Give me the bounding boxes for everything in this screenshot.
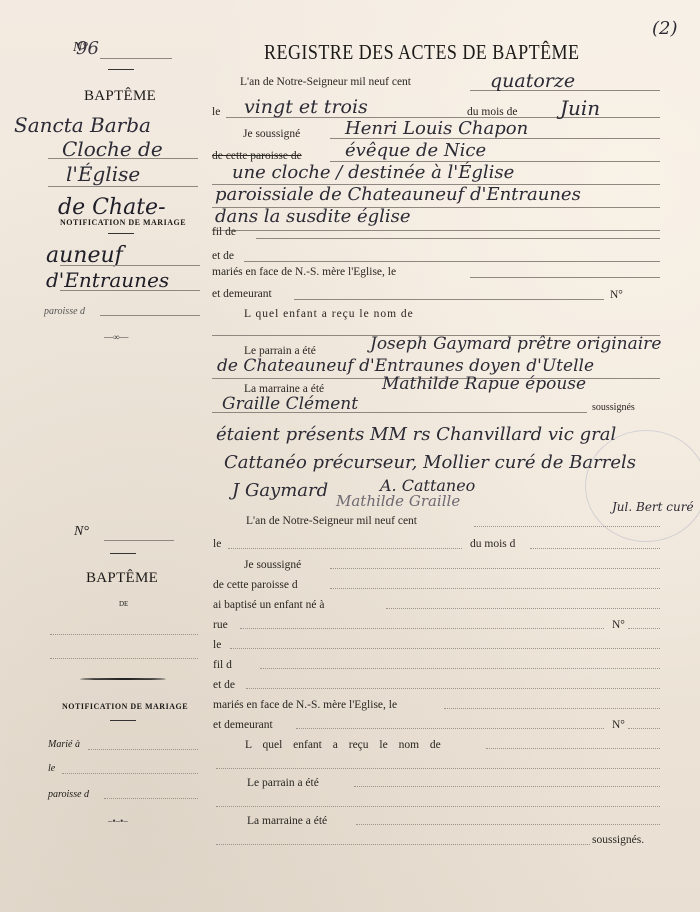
entry1-le-line: [60, 290, 200, 291]
entry1-demeurant-line: [294, 299, 604, 300]
page-title: REGISTRE DES ACTES DE BAPTÊME: [264, 40, 579, 65]
entry2-nom-field[interactable]: [486, 748, 660, 749]
entry2-paroisse-label: de cette paroisse d: [213, 579, 298, 591]
entry1-year-label: L'an de Notre-Seigneur mil neuf cent: [240, 76, 411, 88]
entry1-name-line-6: d'Entraunes: [46, 268, 169, 292]
entry2-le-label: le: [213, 538, 221, 550]
entry2-de-label: DE: [119, 600, 128, 608]
entry2-month-label: du mois d: [470, 538, 515, 550]
entry2-marraine-label: La marraine a été: [247, 815, 327, 827]
entry1-signature-graille: Mathilde Graille: [336, 492, 460, 510]
entry1-paroisse-label: paroisse d: [44, 306, 85, 317]
entry2-flourish: [80, 678, 166, 680]
entry2-marraine-field[interactable]: [356, 824, 660, 825]
entry1-notif-rule: [108, 233, 134, 234]
entry1-ornament: —∞—: [104, 332, 128, 342]
entry2-soussigne-field[interactable]: [330, 568, 660, 569]
entry2-marie-label: Marié à: [48, 739, 80, 750]
entry2-baptise-label: ai baptisé un enfant né à: [213, 599, 324, 611]
entry2-paroisse-field[interactable]: [104, 798, 198, 799]
entry2-ornament: –•–•–: [108, 816, 128, 826]
entry2-parrain-field-2[interactable]: [216, 806, 660, 807]
entry2-no-field[interactable]: [628, 628, 660, 629]
entry1-name-rule-1: [48, 158, 198, 159]
entry1-signature-cure: Jul. Bert curé: [612, 500, 694, 514]
entry1-fil-label: fil de: [212, 226, 236, 238]
entry1-day-value: vingt et trois: [244, 96, 368, 118]
entry1-number-line: [100, 58, 172, 59]
entry1-signature-gaymard: J Gaymard: [232, 480, 328, 501]
entry2-fil-field[interactable]: [260, 668, 660, 669]
entry1-month-label: du mois de: [467, 106, 517, 118]
entry2-bapteme-heading: BAPTÊME: [86, 570, 158, 587]
entry1-demeurant-label: et demeurant: [212, 288, 272, 300]
entry2-nom-field-2[interactable]: [216, 768, 660, 769]
entry2-parrain-label: Le parrain a été: [247, 777, 319, 789]
register-page: REGISTRE DES ACTES DE BAPTÊME (2) N° 96 …: [0, 0, 700, 912]
entry2-rule: [110, 553, 136, 554]
entry1-soussignes-label: soussignés: [592, 402, 635, 413]
entry1-notification-heading: NOTIFICATION DE MARIAGE: [60, 218, 186, 227]
entry1-soussigne-label: Je soussigné: [243, 128, 300, 140]
entry1-rule: [108, 69, 134, 70]
entry1-witness-line-1: étaient présents MM rs Chanvillard vic g…: [216, 424, 616, 445]
entry1-name-line-1: Sancta Barba: [14, 113, 151, 137]
entry2-soussignes-label: soussignés.: [592, 834, 644, 846]
entry1-paroisse-label: de cette paroisse de: [212, 150, 302, 162]
entry2-number-line: [104, 540, 174, 541]
entry1-bell-dest-value: paroissiale de Chateauneuf d'Entraunes: [215, 184, 581, 205]
entry1-paroisse-line: [100, 315, 200, 316]
entry2-soussigne-label: Je soussigné: [244, 559, 301, 571]
entry2-ne-a-field[interactable]: [386, 608, 660, 609]
entry1-officiant-value: Henri Louis Chapon: [345, 118, 528, 139]
entry2-name-line-2[interactable]: [50, 658, 198, 659]
entry1-etde-label: et de: [212, 250, 234, 262]
entry1-location-value: dans la susdite église: [215, 206, 411, 227]
entry1-etde-line: [244, 261, 660, 262]
entry1-number-value: 96: [76, 38, 99, 59]
entry1-baptise-value: une cloche / destinée à l'Église: [232, 162, 514, 183]
page-number: (2): [652, 18, 678, 39]
entry2-parrain-field[interactable]: [354, 786, 660, 787]
entry1-name-line-3: l'Église: [66, 162, 140, 186]
entry1-month-value: Juin: [560, 96, 600, 120]
entry2-maries-label: mariés en face de N.-S. mère l'Eglise, l…: [213, 699, 397, 711]
entry1-year-value: quatorze: [490, 70, 575, 92]
entry1-lequel-label: L quel enfant a reçu le nom de: [244, 308, 414, 320]
entry1-name-rule-2: [48, 186, 198, 187]
entry2-no-label: N°: [612, 619, 625, 631]
entry2-year-label: L'an de Notre-Seigneur mil neuf cent: [246, 515, 417, 527]
entry1-maries-line: [470, 277, 660, 278]
entry2-day-field[interactable]: [228, 548, 462, 549]
entry1-marraine-value: Mathilde Rapue épouse: [382, 374, 586, 394]
entry1-parrain-value-2: de Chateauneuf d'Entraunes doyen d'Utell…: [217, 356, 594, 376]
entry2-lequel-label: L quel enfant a reçu le nom de: [245, 739, 441, 751]
entry1-marraine-value-2: Graille Clément: [222, 394, 358, 414]
entry2-maries-field[interactable]: [444, 708, 660, 709]
entry1-witness-line-2: Cattanéo précurseur, Mollier curé de Bar…: [224, 452, 636, 473]
entry2-paroisse-label: paroisse d: [48, 789, 89, 800]
entry2-le-field[interactable]: [62, 773, 198, 774]
entry2-name-line-1[interactable]: [50, 634, 198, 635]
entry1-fil-line: [256, 238, 660, 239]
entry2-etde-field[interactable]: [246, 688, 660, 689]
entry1-bapteme-heading: BAPTÊME: [84, 88, 156, 105]
entry2-notification-heading: NOTIFICATION DE MARIAGE: [62, 702, 188, 711]
entry2-demeurant-label: et demeurant: [213, 719, 273, 731]
entry2-paroisse-field[interactable]: [330, 588, 660, 589]
entry2-notif-rule: [110, 720, 136, 721]
entry1-paroisse-value: évêque de Nice: [345, 140, 486, 161]
entry1-parrain-value: Joseph Gaymard prêtre originaire: [370, 334, 661, 354]
entry2-etde-label: et de: [213, 679, 235, 691]
entry2-number-label: N°: [74, 524, 89, 540]
entry2-year-field[interactable]: [474, 526, 660, 527]
entry2-no2-field[interactable]: [628, 728, 660, 729]
entry1-no-label: N°: [610, 289, 623, 301]
entry2-rue-field[interactable]: [240, 628, 604, 629]
entry1-marie-line: [60, 265, 200, 266]
entry2-marraine-field-2[interactable]: [216, 844, 590, 845]
entry1-maries-label: mariés en face de N.-S. mère l'Eglise, l…: [212, 266, 396, 278]
entry2-month-field[interactable]: [530, 548, 660, 549]
entry2-fil-label: fil d: [213, 659, 232, 671]
entry1-name-line-4: de Chate-: [58, 195, 166, 220]
entry2-marie-field[interactable]: [88, 749, 198, 750]
entry2-le2-label: le: [213, 639, 221, 651]
entry2-rue-label: rue: [213, 619, 228, 631]
entry2-le-label: le: [48, 763, 55, 774]
entry1-le-label: le: [212, 106, 220, 118]
entry2-le2-field[interactable]: [230, 648, 660, 649]
entry2-demeurant-field[interactable]: [296, 728, 604, 729]
entry2-no2-label: N°: [612, 719, 625, 731]
entry1-le2-line: [212, 230, 660, 231]
